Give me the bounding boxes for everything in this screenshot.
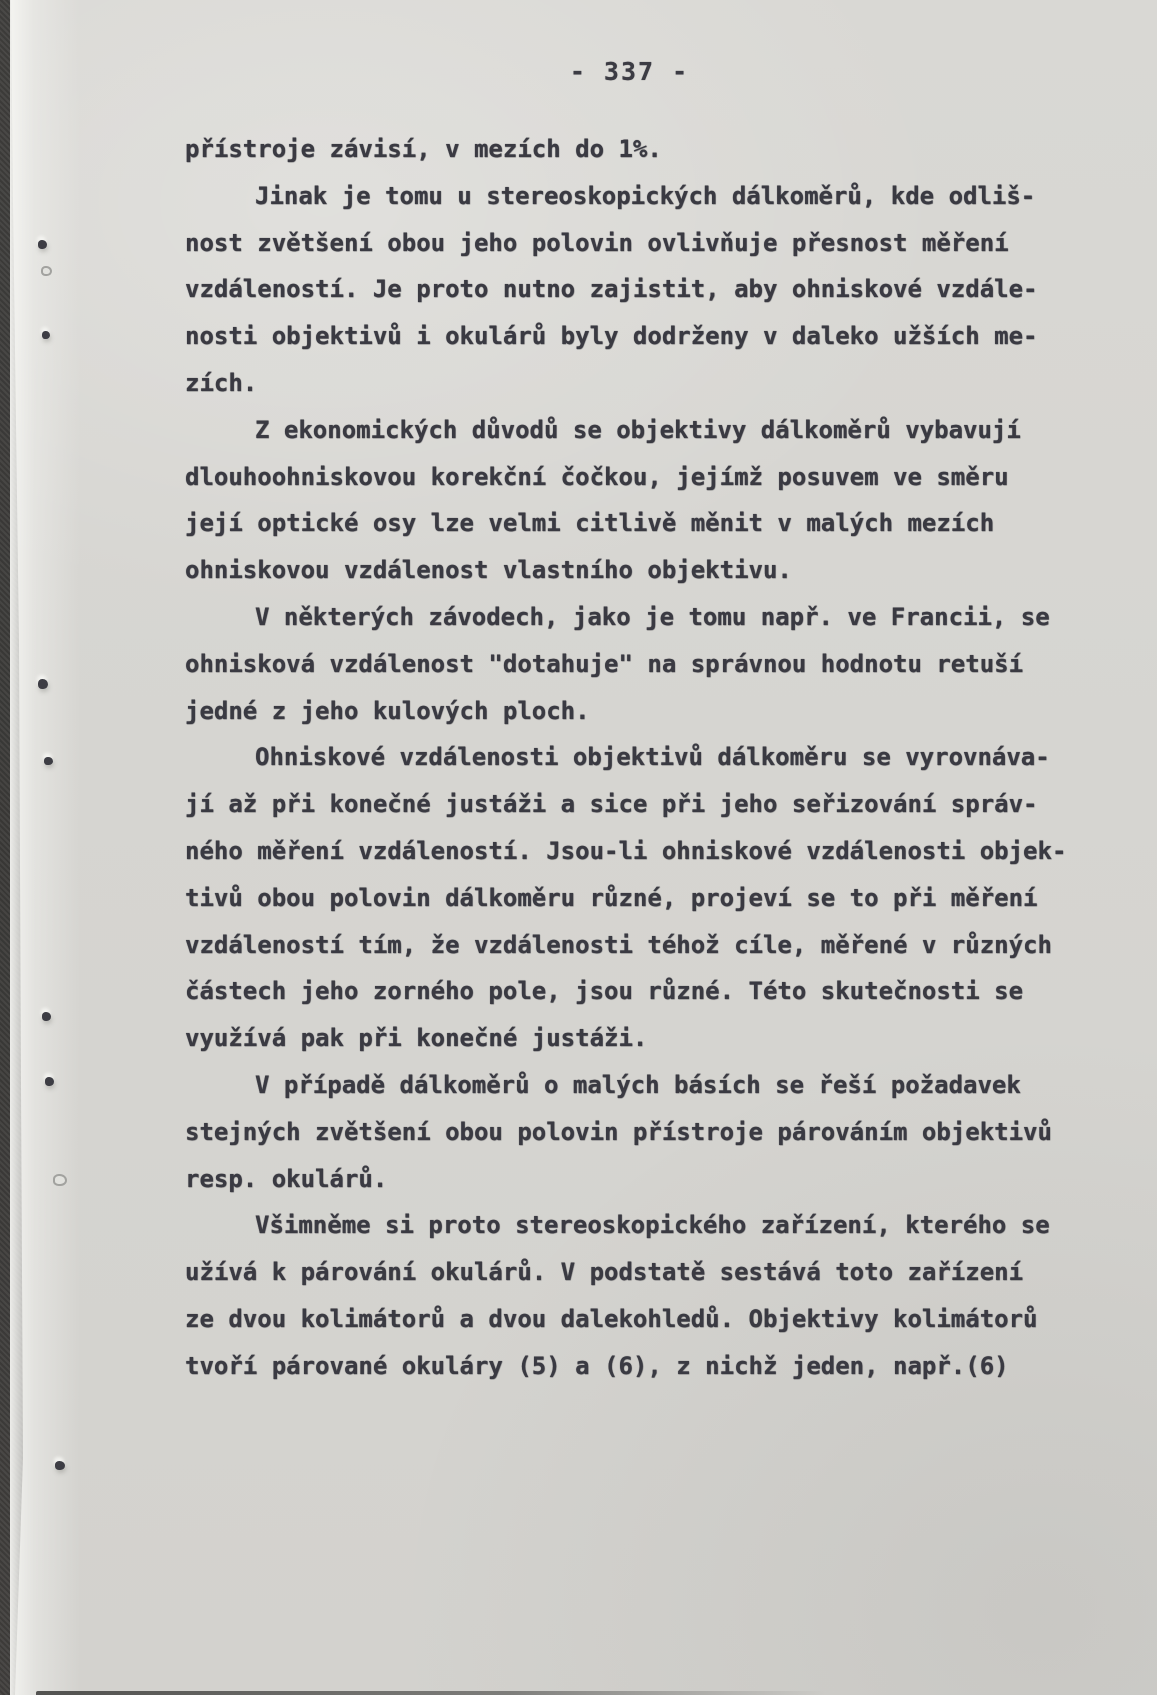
- binding-mark: [41, 266, 52, 276]
- text-line: jedné z jeho kulových ploch.: [185, 688, 1085, 735]
- text-line: zích.: [185, 360, 1085, 407]
- typewritten-text: přístroje závisí, v mezích do 1%.Jinak j…: [185, 126, 1085, 1390]
- paragraph: V některých závodech, jako je tomu např.…: [185, 594, 1085, 734]
- text-line: resp. okulárů.: [185, 1156, 1085, 1203]
- text-line: dlouhoohniskovou korekční čočkou, jejímž…: [185, 454, 1085, 501]
- text-line: částech jeho zorného pole, jsou různé. T…: [185, 968, 1085, 1015]
- text-line: V případě dálkoměrů o malých básích se ř…: [185, 1062, 1085, 1109]
- text-line: vzdáleností tím, že vzdálenosti téhož cí…: [185, 922, 1085, 969]
- binding-mark: [53, 1174, 67, 1186]
- binding-mark: [45, 1077, 54, 1086]
- text-line: tivů obou polovin dálkoměru různé, proje…: [185, 875, 1085, 922]
- binding-mark: [42, 1012, 51, 1021]
- scanner-edge-strip: [0, 0, 24, 1695]
- text-line: stejných zvětšení obou polovin přístroje…: [185, 1109, 1085, 1156]
- text-line: využívá pak při konečné justáži.: [185, 1015, 1085, 1062]
- text-line: Z ekonomických důvodů se objektivy dálko…: [185, 407, 1085, 454]
- paragraph: Jinak je tomu u stereoskopických dálkomě…: [185, 173, 1085, 407]
- text-line: ného měření vzdáleností. Jsou-li ohnisko…: [185, 828, 1085, 875]
- binding-mark: [44, 757, 53, 765]
- text-line: Ohniskové vzdálenosti objektivů dálkoměr…: [185, 734, 1085, 781]
- paragraph: Všimněme si proto stereoskopického zaříz…: [185, 1202, 1085, 1389]
- paragraph: V případě dálkoměrů o malých básích se ř…: [185, 1062, 1085, 1202]
- text-line: užívá k párování okulárů. V podstatě ses…: [185, 1249, 1085, 1296]
- text-line: V některých závodech, jako je tomu např.…: [185, 594, 1085, 641]
- scanned-document: { "page": { "number": "- 337 -", "paragr…: [0, 0, 1157, 1695]
- text-line: nosti objektivů i okulárů byly dodrženy …: [185, 313, 1085, 360]
- paragraph: přístroje závisí, v mezích do 1%.: [185, 126, 1085, 173]
- text-line: ze dvou kolimátorů a dvou dalekohledů. O…: [185, 1296, 1085, 1343]
- text-line: Všimněme si proto stereoskopického zaříz…: [185, 1202, 1085, 1249]
- paragraph: Ohniskové vzdálenosti objektivů dálkoměr…: [185, 734, 1085, 1062]
- text-line: nost zvětšení obou jeho polovin ovlivňuj…: [185, 220, 1085, 267]
- text-line: vzdáleností. Je proto nutno zajistit, ab…: [185, 266, 1085, 313]
- page-number: - 337 -: [207, 57, 1052, 86]
- paragraph: Z ekonomických důvodů se objektivy dálko…: [185, 407, 1085, 594]
- text-line: její optické osy lze velmi citlivě měnit…: [185, 500, 1085, 547]
- scan-bottom-edge: [36, 1691, 826, 1695]
- text-line: tvoří párované okuláry (5) a (6), z nich…: [185, 1343, 1085, 1390]
- binding-mark: [42, 331, 50, 339]
- binding-mark: [55, 1461, 65, 1470]
- text-line: Jinak je tomu u stereoskopických dálkomě…: [185, 173, 1085, 220]
- binding-mark: [38, 679, 48, 689]
- text-line: jí až při konečné justáži a sice při jeh…: [185, 781, 1085, 828]
- text-line: přístroje závisí, v mezích do 1%.: [185, 126, 1085, 173]
- binding-mark: [38, 240, 47, 249]
- text-line: ohniskovou vzdálenost vlastního objektiv…: [185, 547, 1085, 594]
- text-line: ohnisková vzdálenost "dotahuje" na správ…: [185, 641, 1085, 688]
